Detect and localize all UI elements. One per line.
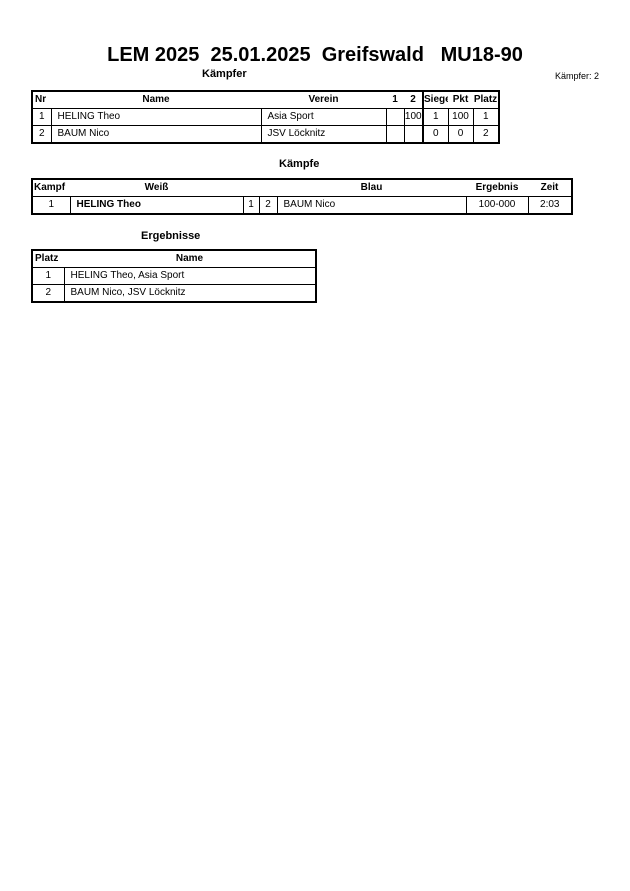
col-pkt: Pkt: [448, 91, 473, 109]
table-row: 2 BAUM Nico, JSV Löcknitz: [32, 285, 316, 303]
col-round-1: 1: [386, 91, 404, 109]
cell-round-1: [386, 126, 404, 144]
col-blau: Blau: [277, 179, 466, 197]
cell-round-2: [404, 126, 423, 144]
cell-name: HELING Theo, Asia Sport: [64, 268, 316, 285]
col-weiss: Weiß: [70, 179, 243, 197]
col-verein: Verein: [261, 91, 386, 109]
page-title: LEM 2025 25.01.2025 Greifswald MU18-90: [0, 44, 630, 67]
results-header-row: Platz Name: [32, 250, 316, 268]
col-ergebnis: Ergebnis: [466, 179, 528, 197]
cell-platz: 1: [32, 268, 64, 285]
col-platz: Platz: [32, 250, 64, 268]
cell-name: BAUM Nico, JSV Löcknitz: [64, 285, 316, 303]
table-row: 2 BAUM Nico JSV Löcknitz 0 0 2: [32, 126, 499, 144]
table-row: 1 HELING Theo Asia Sport 100 1 100 1: [32, 109, 499, 126]
cell-name: BAUM Nico: [51, 126, 261, 144]
fighter-count: Kämpfer: 2: [555, 71, 599, 81]
fighters-table: Nr Name Verein 1 2 Siege Pkt Platz 1 HEL…: [31, 90, 500, 144]
cell-platz: 1: [473, 109, 499, 126]
table-row: 1 HELING Theo, Asia Sport: [32, 268, 316, 285]
fighters-subtitle: Kämpfer: [202, 68, 247, 80]
cell-name: HELING Theo: [51, 109, 261, 126]
col-platz: Platz: [473, 91, 499, 109]
col-name: Name: [64, 250, 316, 268]
cell-kampf: 1: [32, 197, 70, 215]
bouts-heading: Kämpfe: [279, 158, 319, 170]
cell-weiss: HELING Theo: [70, 197, 243, 215]
cell-round-2: 100: [404, 109, 423, 126]
col-siege: Siege: [423, 91, 448, 109]
cell-siege: 0: [423, 126, 448, 144]
col-weiss-nr: [243, 179, 259, 197]
col-name: Name: [51, 91, 261, 109]
cell-verein: Asia Sport: [261, 109, 386, 126]
col-round-2: 2: [404, 91, 423, 109]
cell-siege: 1: [423, 109, 448, 126]
col-blau-nr: [259, 179, 277, 197]
fighters-header-row: Nr Name Verein 1 2 Siege Pkt Platz: [32, 91, 499, 109]
cell-weiss-nr: 1: [243, 197, 259, 215]
cell-platz: 2: [32, 285, 64, 303]
cell-pkt: 0: [448, 126, 473, 144]
cell-blau-nr: 2: [259, 197, 277, 215]
col-nr: Nr: [32, 91, 51, 109]
cell-blau: BAUM Nico: [277, 197, 466, 215]
bouts-table: Kampf Weiß Blau Ergebnis Zeit 1 HELING T…: [31, 178, 573, 215]
cell-zeit: 2:03: [528, 197, 572, 215]
cell-nr: 1: [32, 109, 51, 126]
cell-platz: 2: [473, 126, 499, 144]
cell-nr: 2: [32, 126, 51, 144]
cell-round-1: [386, 109, 404, 126]
table-row: 1 HELING Theo 1 2 BAUM Nico 100-000 2:03: [32, 197, 572, 215]
cell-ergebnis: 100-000: [466, 197, 528, 215]
col-kampf: Kampf: [32, 179, 70, 197]
col-zeit: Zeit: [528, 179, 572, 197]
cell-verein: JSV Löcknitz: [261, 126, 386, 144]
results-heading: Ergebnisse: [141, 230, 200, 242]
results-table: Platz Name 1 HELING Theo, Asia Sport 2 B…: [31, 249, 317, 303]
bouts-header-row: Kampf Weiß Blau Ergebnis Zeit: [32, 179, 572, 197]
cell-pkt: 100: [448, 109, 473, 126]
